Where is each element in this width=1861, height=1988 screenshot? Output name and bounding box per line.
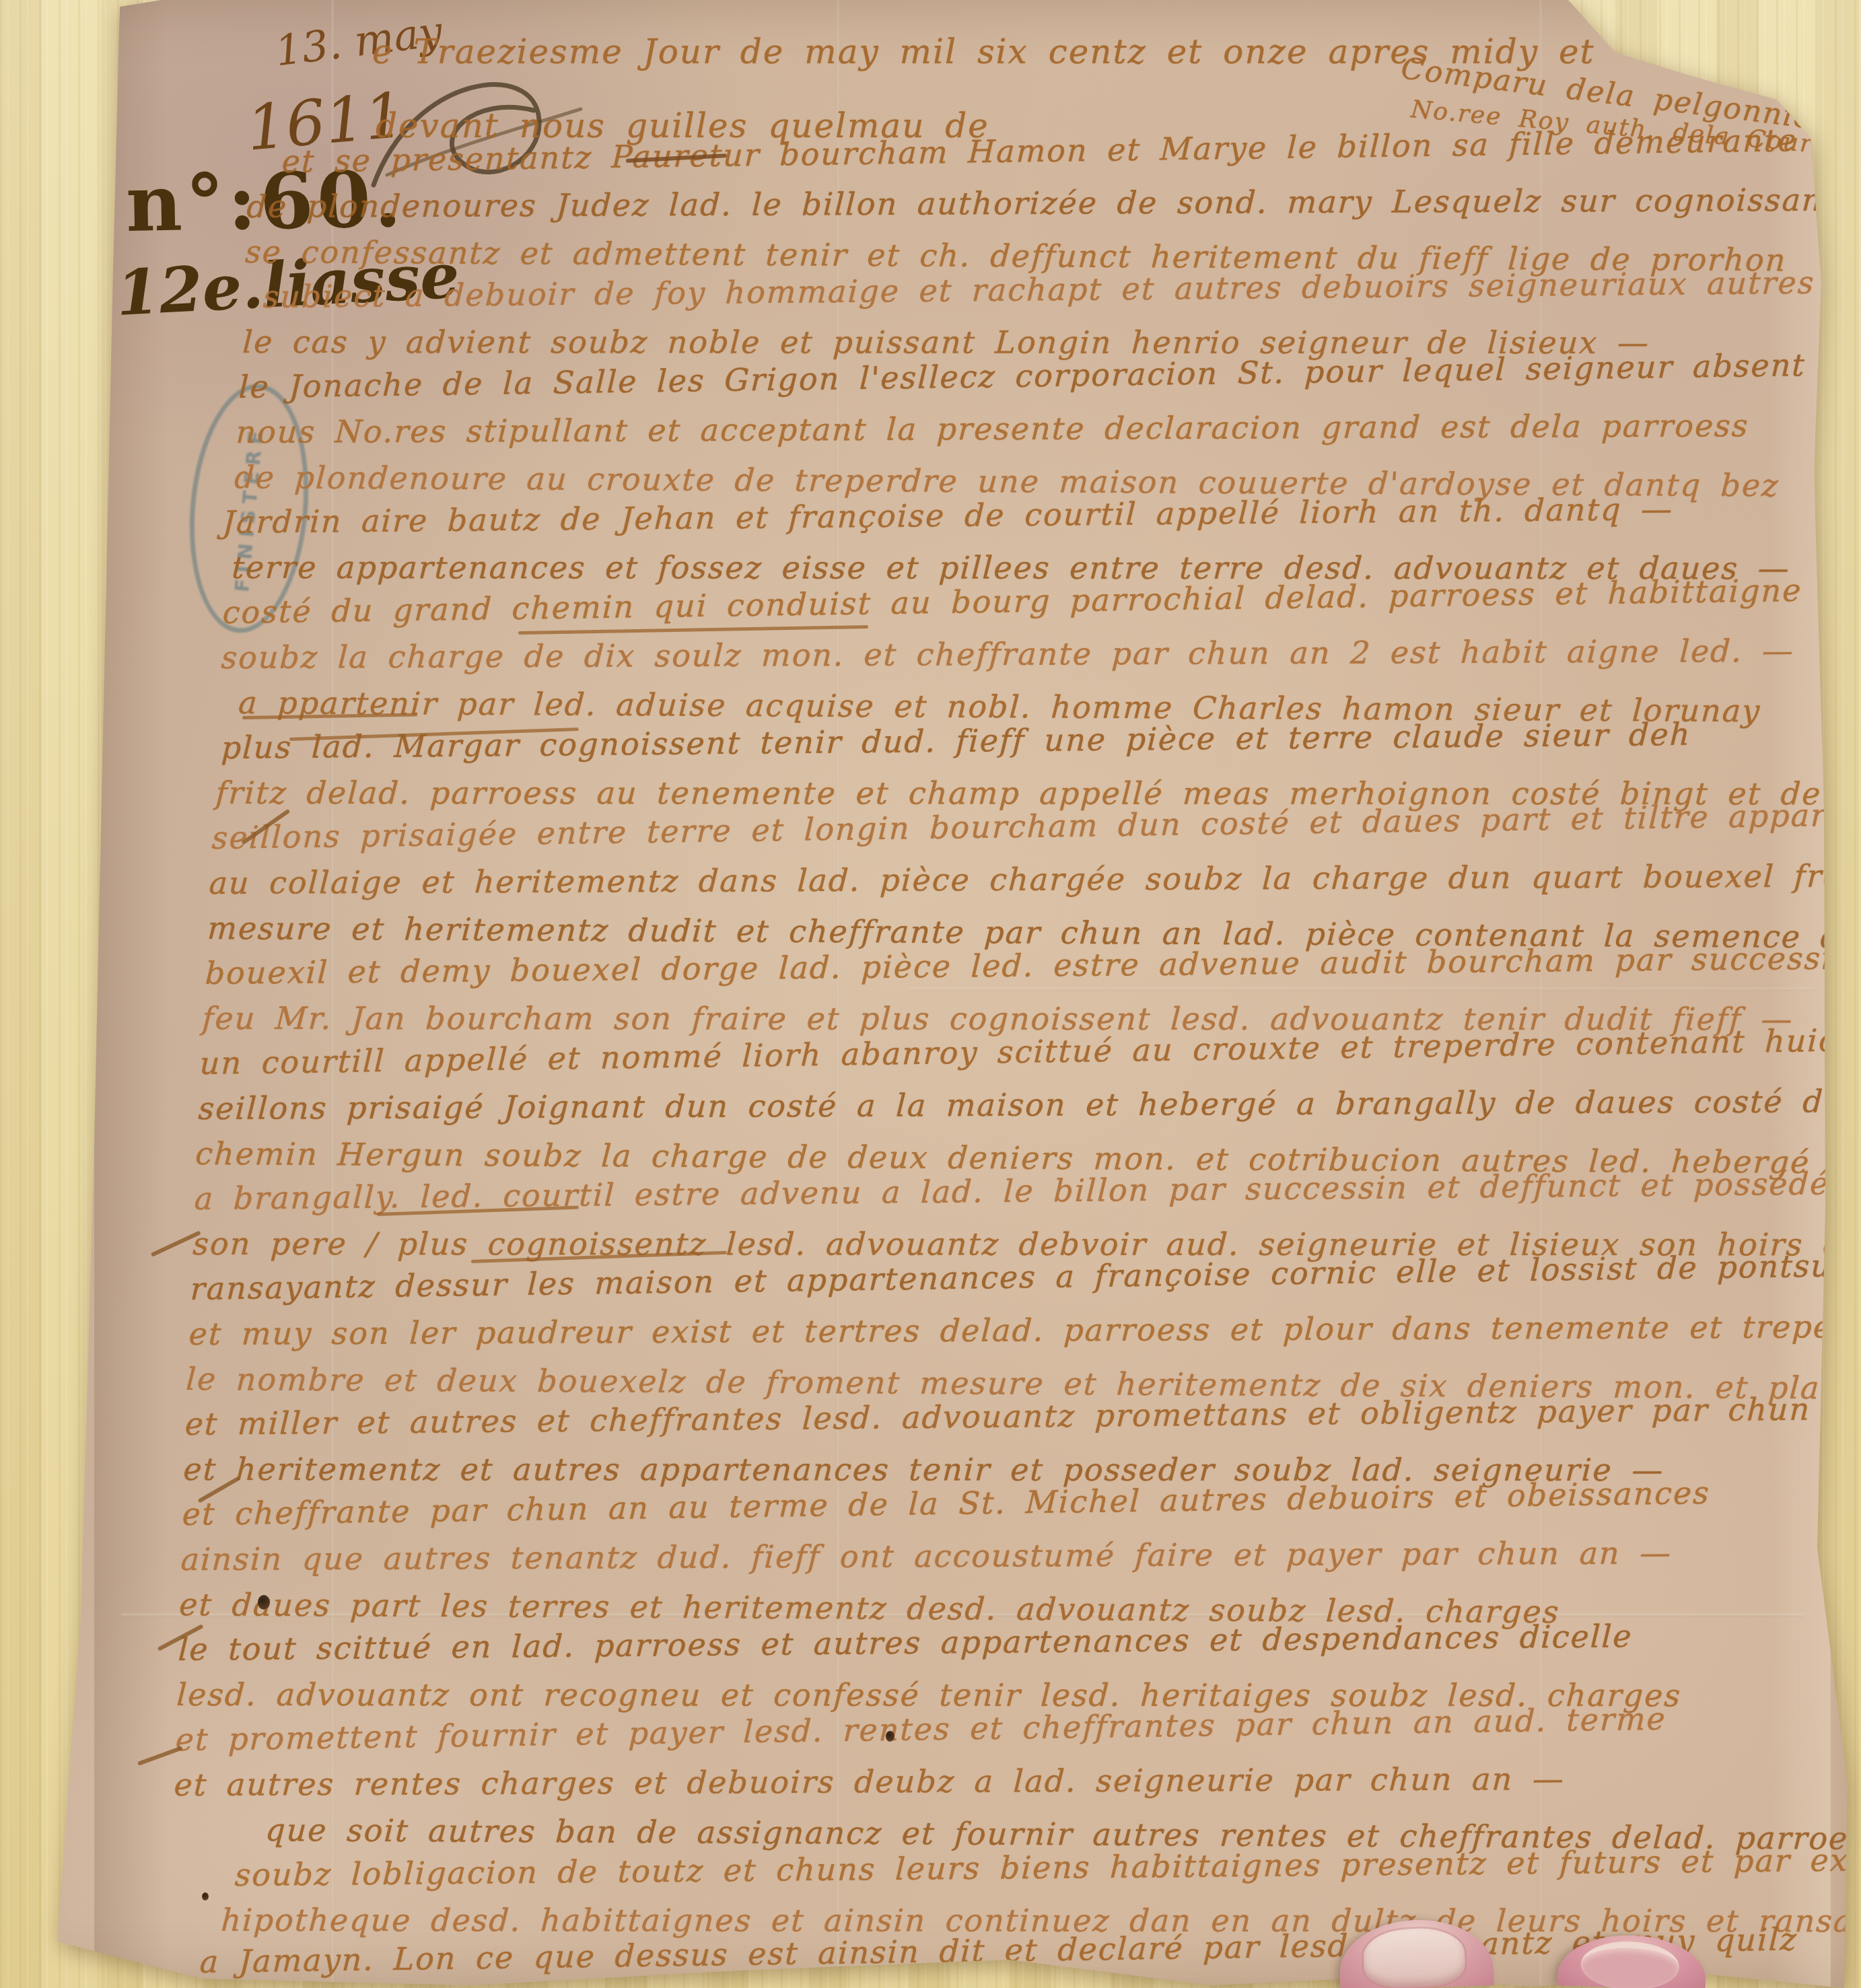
underline-mark [518, 625, 868, 635]
parchment-hole [886, 1731, 894, 1742]
manuscript-line: et muy son ler paudreur exist et tertres… [188, 1308, 1861, 1352]
fold-crease-horizontal [909, 988, 1817, 991]
manuscript-line: au collaige et heritementz dans lad. piè… [208, 857, 1861, 901]
thumbnail-right [1580, 1940, 1680, 1988]
parchment-hole [202, 1892, 209, 1901]
parchment-sheet: FINISTERE 13. may 1611 n°:60. 12e.liasse… [0, 0, 1861, 1988]
manuscript-line: soubz la charge de dix soulz mon. et che… [220, 633, 1795, 676]
manuscript-line: ainsin que autres tenantz dud. fieff ont… [180, 1534, 1673, 1577]
manuscript-line: seillons prisaigé Joignant dun costé a l… [197, 1083, 1846, 1127]
manuscript-line: Jardrin aire bautz de Jehan et françoise… [222, 491, 1675, 540]
parchment-surface: FINISTERE 13. may 1611 n°:60. 12e.liasse… [0, 0, 1861, 1988]
manuscript-line: de plondenoures Judez lad. le billon aut… [246, 182, 1855, 225]
manuscript-line: plus lad. Margar cognoissent tenir dud. … [221, 716, 1692, 766]
manuscript-line: le tout scittué en lad. parroess et autr… [178, 1618, 1634, 1668]
photo-of-document: FINISTERE 13. may 1611 n°:60. 12e.liasse… [0, 0, 1861, 1988]
manuscript-line: nous No.res stipullant et acceptant la p… [235, 407, 1750, 450]
parchment-hole [258, 1595, 270, 1610]
manuscript-line: et autres rentes charges et debuoirs deu… [173, 1761, 1566, 1803]
thumbnail-left [1363, 1927, 1466, 1988]
